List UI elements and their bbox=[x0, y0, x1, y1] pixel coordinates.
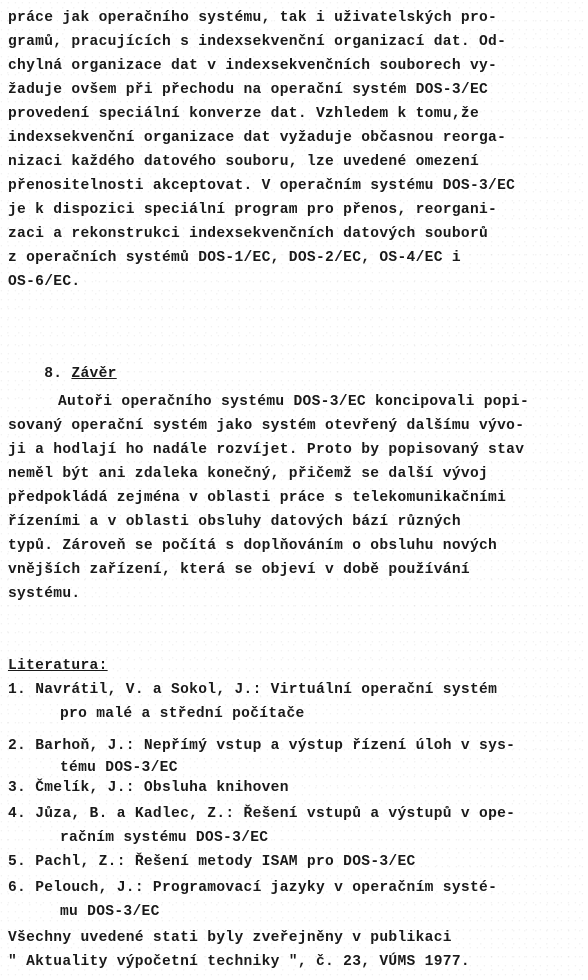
reference-continuation: račním systému DOS-3/EC bbox=[60, 828, 268, 848]
body-line: řízeními a v oblasti obsluhy datových bá… bbox=[8, 512, 461, 532]
body-line: je k dispozici speciální program pro pře… bbox=[8, 200, 497, 220]
body-line: nizaci každého datového souboru, lze uve… bbox=[8, 152, 479, 172]
reference-continuation: mu DOS-3/EC bbox=[60, 902, 160, 922]
body-line: OS-6/EC. bbox=[8, 272, 80, 292]
reference-item: 1. Navrátil, V. a Sokol, J.: Virtuální o… bbox=[8, 680, 497, 700]
reference-number: 3. bbox=[8, 780, 26, 796]
body-line: typů. Zároveň se počítá s doplňováním o … bbox=[8, 536, 497, 556]
body-line: gramů, pracujících s indexsekvenční orga… bbox=[8, 32, 506, 52]
reference-item: 5. Pachl, Z.: Řešení metody ISAM pro DOS… bbox=[8, 852, 416, 872]
section-title: Závěr bbox=[71, 366, 116, 382]
body-line: ji a hodlají ho nadále rozvíjet. Proto b… bbox=[8, 440, 524, 460]
reference-continuation: tému DOS-3/EC bbox=[60, 758, 178, 778]
body-line: zaci a rekonstrukci indexsekvenčních dat… bbox=[8, 224, 488, 244]
reference-text: Čmelík, J.: Obsluha knihoven bbox=[35, 780, 289, 796]
body-line: provedení speciální konverze dat. Vzhled… bbox=[8, 104, 479, 124]
body-line: Autoři operačního systému DOS-3/EC konci… bbox=[58, 392, 529, 412]
body-line: přenositelnosti akceptovat. V operačním … bbox=[8, 176, 515, 196]
reference-number: 2. bbox=[8, 738, 26, 754]
reference-item: 6. Pelouch, J.: Programovací jazyky v op… bbox=[8, 878, 497, 898]
body-line: žaduje ovšem při přechodu na operační sy… bbox=[8, 80, 488, 100]
references-heading: Literatura: bbox=[8, 656, 108, 676]
document-page: práce jak operačního systému, tak i uživ… bbox=[0, 0, 588, 980]
publication-note: Všechny uvedené stati byly zveřejněny v … bbox=[8, 928, 452, 948]
reference-text: Jůza, B. a Kadlec, Z.: Řešení vstupů a v… bbox=[35, 806, 515, 822]
reference-number: 6. bbox=[8, 880, 26, 896]
reference-number: 4. bbox=[8, 806, 26, 822]
reference-item: 4. Jůza, B. a Kadlec, Z.: Řešení vstupů … bbox=[8, 804, 515, 824]
reference-item: 2. Barhoň, J.: Nepřímý vstup a výstup ří… bbox=[8, 736, 515, 756]
body-line: sovaný operační systém jako systém otevř… bbox=[8, 416, 524, 436]
publication-note: " Aktuality výpočetní techniky ", č. 23,… bbox=[8, 952, 470, 972]
reference-text: Navrátil, V. a Sokol, J.: Virtuální oper… bbox=[35, 682, 497, 698]
reference-number: 1. bbox=[8, 682, 26, 698]
body-line: chylná organizace dat v indexsekvenčních… bbox=[8, 56, 497, 76]
reference-text: Pachl, Z.: Řešení metody ISAM pro DOS-3/… bbox=[35, 854, 415, 870]
reference-number: 5. bbox=[8, 854, 26, 870]
reference-item: 3. Čmelík, J.: Obsluha knihoven bbox=[8, 778, 289, 798]
body-line: neměl být ani zdaleka konečný, přičemž s… bbox=[8, 464, 488, 484]
body-line: z operačních systémů DOS-1/EC, DOS-2/EC,… bbox=[8, 248, 461, 268]
body-line: vnějších zařízení, která se objeví v dob… bbox=[8, 560, 470, 580]
body-line: indexsekvenční organizace dat vyžaduje o… bbox=[8, 128, 506, 148]
reference-text: Barhoň, J.: Nepřímý vstup a výstup řízen… bbox=[35, 738, 515, 754]
section-number: 8. bbox=[44, 366, 62, 382]
reference-text: Pelouch, J.: Programovací jazyky v opera… bbox=[35, 880, 497, 896]
body-line: práce jak operačního systému, tak i uživ… bbox=[8, 8, 497, 28]
body-line: systému. bbox=[8, 584, 80, 604]
body-line: předpokládá zejména v oblasti práce s te… bbox=[8, 488, 506, 508]
reference-continuation: pro malé a střední počítače bbox=[60, 704, 305, 724]
